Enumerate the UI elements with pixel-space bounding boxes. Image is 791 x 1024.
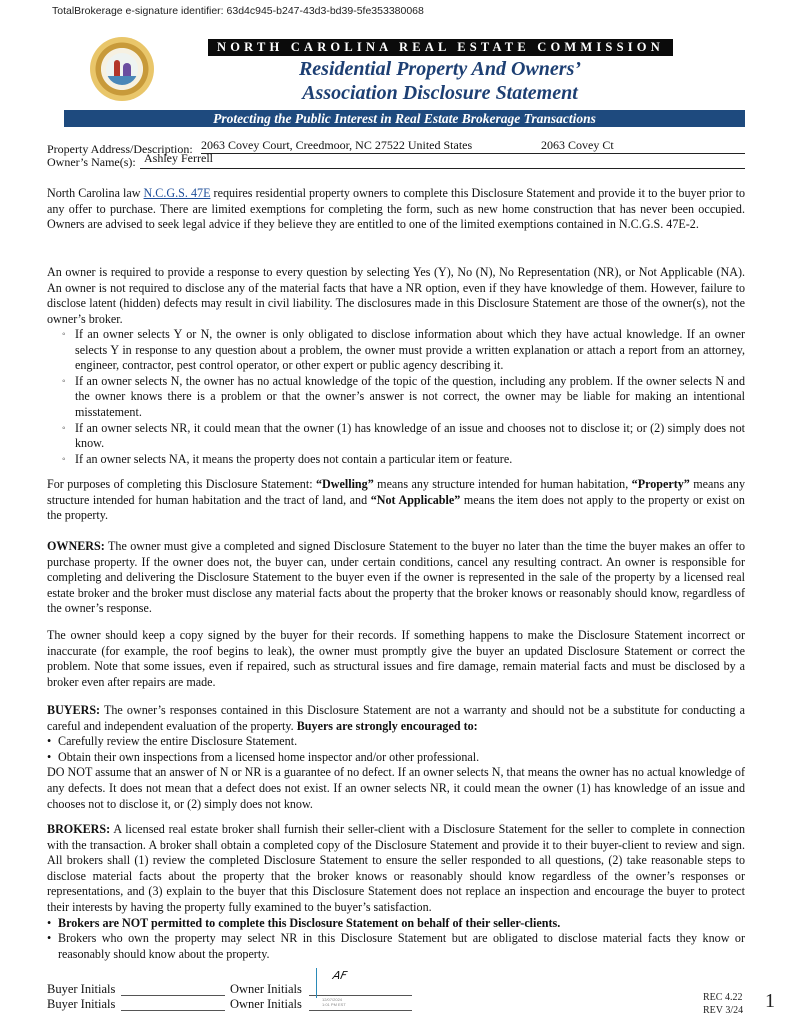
definitions-paragraph: For purposes of completing this Disclosu… [47, 477, 745, 524]
owner-initials-label: Owner Initials [230, 997, 302, 1012]
owner-initials-field-1[interactable] [309, 995, 412, 996]
form-revision-date: REV 3/24 [703, 1005, 743, 1016]
response-options-list: If an owner selects Y or N, the owner is… [62, 327, 745, 467]
buyer-initials-label: Buyer Initials [47, 982, 115, 997]
owners-update-paragraph: The owner should keep a copy signed by t… [47, 628, 745, 690]
property-address-value[interactable]: 2063 Covey Court, Creedmoor, NC 27522 Un… [201, 138, 472, 153]
owner-initials-field-2[interactable] [309, 1010, 412, 1011]
owners-heading: OWNERS: [47, 539, 105, 553]
page-number: 1 [765, 990, 775, 1013]
buyer-initials-field-1[interactable] [121, 995, 225, 996]
definitions-lead: For purposes of completing this Disclosu… [47, 477, 316, 491]
term-not-applicable: “Not Applicable” [371, 493, 461, 507]
owners-paragraph: OWNERS: The owner must give a completed … [47, 539, 745, 617]
buyers-heading: BUYERS: [47, 703, 100, 717]
intro-paragraph: North Carolina law N.C.G.S. 47E requires… [47, 186, 745, 233]
term-dwelling: “Dwelling” [316, 477, 374, 491]
property-address-short[interactable]: 2063 Covey Ct [541, 138, 614, 153]
def-dwelling: means any structure intended for human h… [374, 477, 632, 491]
owner-initials-signature: AF [332, 969, 349, 982]
option-n-bullet: If an owner selects N, the owner has no … [62, 374, 745, 421]
buyers-bullet: Obtain their own inspections from a lice… [47, 750, 745, 766]
owners-text: The owner must give a completed and sign… [47, 539, 745, 615]
tagline-banner: Protecting the Public Interest in Real E… [64, 110, 745, 127]
signature-timestamp: 12/07/2024 1:01 PM EST [322, 998, 346, 1007]
property-address-underline [201, 153, 745, 154]
intro-text: North Carolina law [47, 186, 144, 200]
esignature-identifier: TotalBrokerage e-signature identifier: 6… [52, 5, 424, 17]
option-na-bullet: If an owner selects NA, it means the pro… [62, 452, 745, 468]
brokers-section: BROKERS: A licensed real estate broker s… [47, 822, 745, 962]
commission-name-banner: NORTH CAROLINA REAL ESTATE COMMISSION [208, 39, 673, 56]
option-y-or-n-bullet: If an owner selects Y or N, the owner is… [62, 327, 745, 374]
signature-time: 1:01 PM EST [322, 1003, 346, 1008]
buyers-encourage: Buyers are strongly encouraged to: [297, 719, 478, 733]
commission-seal-icon [90, 37, 154, 101]
term-property: “Property” [632, 477, 690, 491]
owner-initials-label: Owner Initials [230, 982, 302, 997]
owner-name-underline [140, 168, 745, 169]
owner-name-label: Owner’s Name(s): [47, 155, 136, 170]
brokers-text: A licensed real estate broker shall furn… [47, 822, 745, 914]
form-revision-code: REC 4.22 [703, 992, 742, 1003]
owner-name-value[interactable]: Ashley Ferrell [144, 151, 213, 166]
option-nr-bullet: If an owner selects NR, it could mean th… [62, 421, 745, 452]
ncgs-47e-link[interactable]: N.C.G.S. 47E [144, 186, 211, 200]
buyers-section: BUYERS: The owner’s responses contained … [47, 703, 745, 812]
brokers-bullet-bold-text: Brokers are NOT permitted to complete th… [58, 916, 560, 930]
brokers-bullet-bold: Brokers are NOT permitted to complete th… [47, 916, 745, 932]
brokers-heading: BROKERS: [47, 822, 110, 836]
buyer-initials-label: Buyer Initials [47, 997, 115, 1012]
form-title-line1: Residential Property And Owners’ [200, 58, 680, 81]
brokers-list: Brokers are NOT permitted to complete th… [47, 916, 745, 963]
signature-marker [316, 968, 317, 998]
buyers-bullet: Carefully review the entire Disclosure S… [47, 734, 745, 750]
buyer-initials-field-2[interactable] [121, 1010, 225, 1011]
buyers-warning: DO NOT assume that an answer of N or NR … [47, 765, 745, 812]
brokers-bullet: Brokers who own the property may select … [47, 931, 745, 962]
form-title-line2: Association Disclosure Statement [200, 82, 680, 105]
buyers-list: Carefully review the entire Disclosure S… [47, 734, 745, 765]
response-requirement-paragraph: An owner is required to provide a respon… [47, 265, 745, 327]
